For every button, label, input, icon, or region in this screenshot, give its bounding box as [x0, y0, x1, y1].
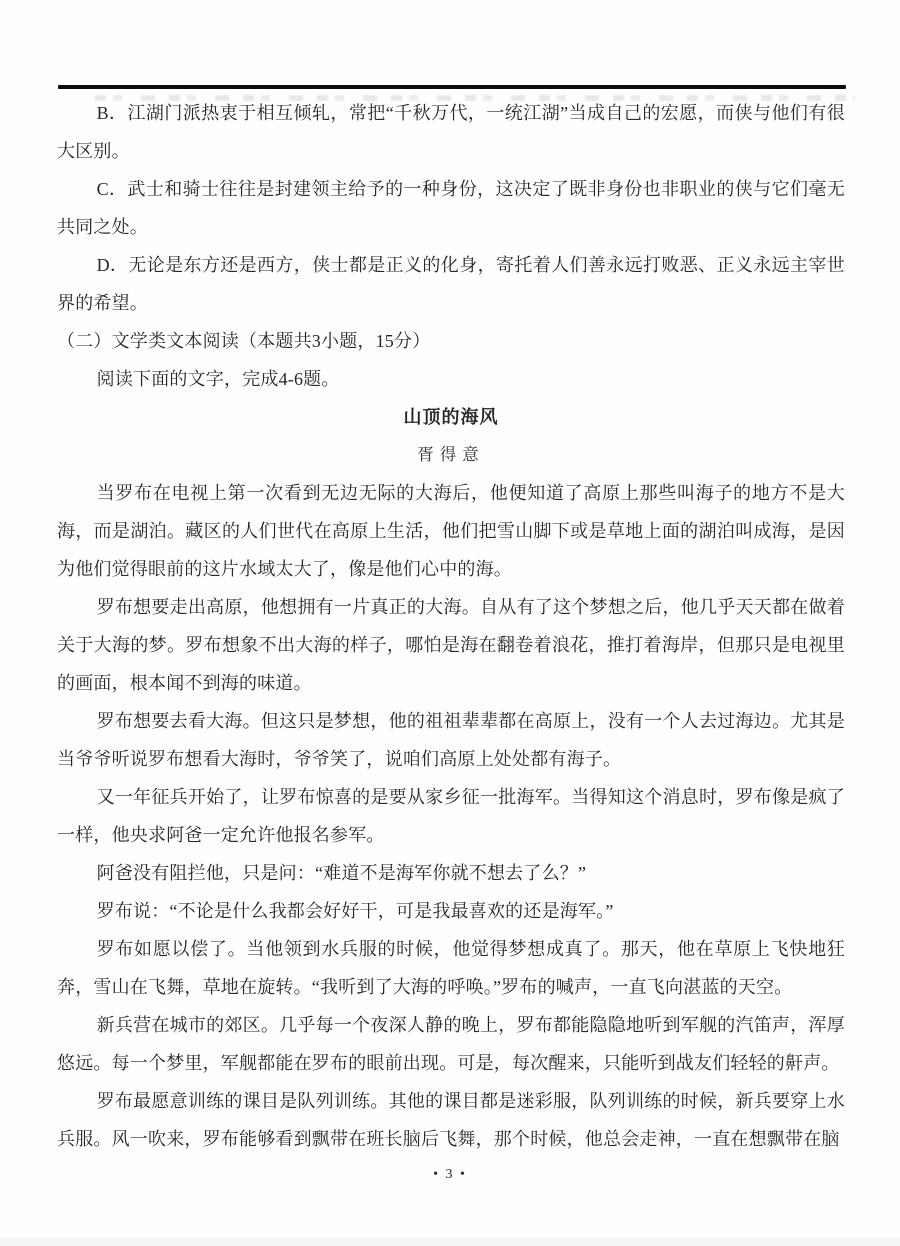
passage-paragraph-6: 罗布说：“不论是什么我都会好好干，可是我最喜欢的还是海军。”	[57, 892, 845, 930]
passage-paragraph-8: 新兵营在城市的郊区。几乎每一个夜深人静的晚上，罗布都能隐隐地听到军舰的汽笛声，浑…	[57, 1006, 845, 1082]
reading-instruction: 阅读下面的文字，完成4-6题。	[57, 360, 845, 398]
scanned-exam-page: B．江湖门派热衷于相互倾轧，常把“千秋万代，一统江湖”当成自己的宏愿，而侠与他们…	[0, 0, 900, 1246]
page-top-rule	[58, 85, 846, 89]
passage-paragraph-3: 罗布想要去看大海。但这只是梦想，他的祖祖辈辈都在高原上，没有一个人去过海边。尤其…	[57, 702, 845, 778]
passage-paragraph-1: 当罗布在电视上第一次看到无边无际的大海后，他便知道了高原上那些叫海子的地方不是大…	[57, 474, 845, 588]
document-content: B．江湖门派热衷于相互倾轧，常把“千秋万代，一统江湖”当成自己的宏愿，而侠与他们…	[57, 94, 845, 1158]
passage-paragraph-9: 罗布最愿意训练的课目是队列训练。其他的课目都是迷彩服，队列训练的时候，新兵要穿上…	[57, 1082, 845, 1158]
choice-option-b: B．江湖门派热衷于相互倾轧，常把“千秋万代，一统江湖”当成自己的宏愿，而侠与他们…	[57, 94, 845, 170]
passage-paragraph-5: 阿爸没有阻拦他，只是问：“难道不是海军你就不想去了么？”	[57, 854, 845, 892]
passage-title: 山顶的海风	[57, 398, 845, 436]
passage-author: 胥得意	[57, 436, 845, 474]
choice-option-d: D．无论是东方还是西方，侠士都是正义的化身，寄托着人们善永远打败恶、正义永远主宰…	[57, 246, 845, 322]
scan-bottom-edge	[0, 1238, 900, 1246]
choice-option-c: C．武士和骑士往往是封建领主给予的一种身份，这决定了既非身份也非职业的侠与它们毫…	[57, 170, 845, 246]
section-heading: （二）文学类文本阅读（本题共3小题，15分）	[57, 322, 845, 360]
passage-paragraph-2: 罗布想要走出高原，他想拥有一片真正的大海。自从有了这个梦想之后，他几乎天天都在做…	[57, 588, 845, 702]
passage-paragraph-7: 罗布如愿以偿了。当他领到水兵服的时候，他觉得梦想成真了。那天，他在草原上飞快地狂…	[57, 930, 845, 1006]
passage-paragraph-4: 又一年征兵开始了，让罗布惊喜的是要从家乡征一批海军。当得知这个消息时，罗布像是疯…	[57, 778, 845, 854]
page-number: • 3 •	[0, 1156, 900, 1194]
